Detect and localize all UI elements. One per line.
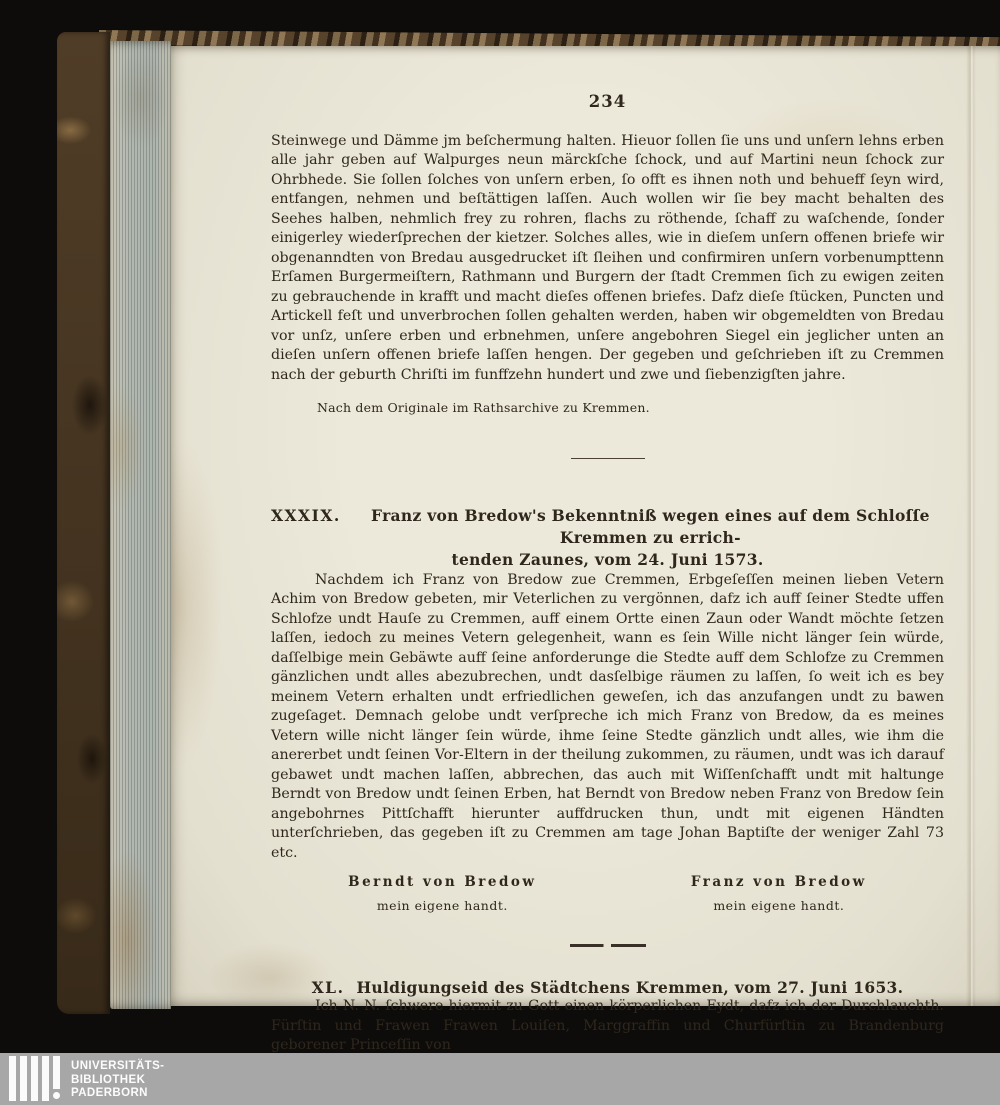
- book-page: 234 Steinwege und Dämme jm beſchermung h…: [171, 46, 1000, 1006]
- signature-row: Berndt von Bredow mein eigene handt. Fra…: [271, 873, 944, 915]
- signature-name: Franz von Bredow: [691, 873, 867, 893]
- section-heading-xl: XL.Huldigungseid des Städtchens Kremmen,…: [271, 978, 944, 998]
- section-title-line1: Franz von Bredow's Bekenntniß wegen eine…: [357, 505, 944, 549]
- signature-subscript: mein eigene handt.: [348, 896, 536, 916]
- book-spine-marbled-cover: [57, 32, 110, 1014]
- library-logo: UNIVERSITÄTS- BIBLIOTHEK PADERBORN: [9, 1056, 164, 1103]
- section-title: Huldigungseid des Städtchens Kremmen, vo…: [356, 978, 903, 997]
- section-number: XXXIX.: [271, 505, 341, 549]
- scanned-book: 234 Steinwege und Dämme jm beſchermung h…: [57, 30, 1000, 1014]
- signature-name: Berndt von Bredow: [348, 873, 536, 893]
- page-number: 234: [271, 92, 944, 112]
- page-crease: [966, 46, 976, 1006]
- page-text-block: 234 Steinwege und Dämme jm beſchermung h…: [271, 92, 944, 1056]
- logo-text-line2: BIBLIOTHEK: [71, 1074, 164, 1088]
- section-divider: [570, 944, 646, 947]
- section-number: XL.: [312, 978, 345, 997]
- library-logo-text: UNIVERSITÄTS- BIBLIOTHEK PADERBORN: [71, 1056, 164, 1103]
- signature-right: Franz von Bredow mein eigene handt.: [691, 873, 867, 915]
- paragraph-bekenntnis: Nachdem ich Franz von Bredow zue Cremmen…: [271, 571, 944, 864]
- stacked-page-edges: [110, 41, 171, 1009]
- section-title-line2: tenden Zaunes, vom 24. Juni 1573.: [271, 549, 944, 571]
- source-note: Nach dem Originale im Rathsarchive zu Kr…: [317, 398, 944, 418]
- exclamation-bar-icon: [53, 1056, 60, 1099]
- paragraph-continuation: Steinwege und Dämme jm beſchermung halte…: [271, 132, 944, 386]
- library-bars-icon: [9, 1056, 60, 1103]
- logo-text-line1: UNIVERSITÄTS-: [71, 1060, 164, 1074]
- section-divider: [571, 458, 645, 459]
- signature-subscript: mein eigene handt.: [691, 896, 867, 916]
- logo-text-line3: PADERBORN: [71, 1087, 164, 1101]
- library-footer-band: UNIVERSITÄTS- BIBLIOTHEK PADERBORN: [0, 1053, 1000, 1105]
- section-heading-xxxix: XXXIX. Franz von Bredow's Bekenntniß weg…: [271, 505, 944, 571]
- signature-left: Berndt von Bredow mein eigene handt.: [348, 873, 536, 915]
- paragraph-huldigungseid: Ich N. N. ſchwere hiermit zu Gott einen …: [271, 997, 944, 1056]
